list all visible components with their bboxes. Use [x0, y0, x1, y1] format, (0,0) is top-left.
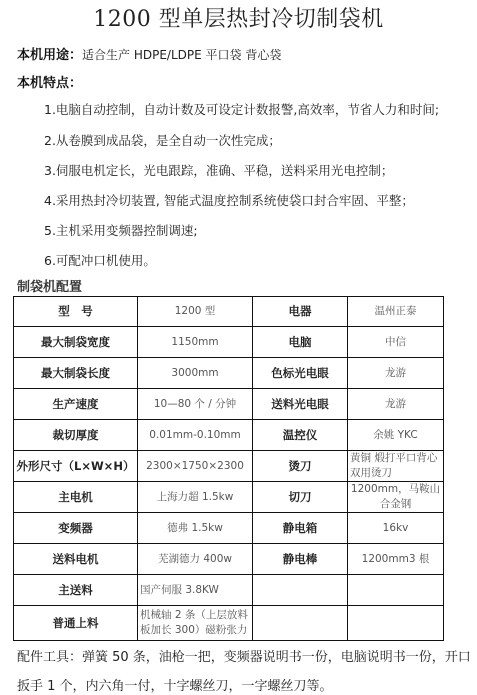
table-row: 型 号 1200 型 电器 温州正泰	[14, 297, 444, 327]
spec-value: 1150mm	[138, 327, 253, 358]
spec-key: 电器	[253, 297, 348, 327]
spec-key: 送料光电眼	[253, 389, 348, 420]
spec-value: 芜湖德力 400w	[138, 544, 253, 575]
spec-value: 龙游	[348, 389, 444, 420]
spec-value: 德弗 1.5kw	[138, 513, 253, 544]
spec-value: 龙游	[348, 358, 444, 389]
spec-key: 生产速度	[14, 389, 138, 420]
table-row: 最大制袋长度 3000mm 色标光电眼 龙游	[14, 358, 444, 389]
spec-value-empty	[348, 575, 444, 606]
spec-value: 国产伺服 3.8KW	[138, 575, 253, 606]
spec-key: 色标光电眼	[253, 358, 348, 389]
table-row: 变频器 德弗 1.5kw 静电箱 16kv	[14, 513, 444, 544]
spec-value: 2300×1750×2300	[138, 451, 253, 482]
feature-item: 5.主机采用变频器控制调速;	[44, 221, 198, 239]
spec-value: 16kv	[348, 513, 444, 544]
feature-item: 2.从卷膜到成品袋，是全自动一次性完成；	[44, 131, 281, 149]
spec-value: 3000mm	[138, 358, 253, 389]
spec-value: 1200mm，马鞍山合金钢	[348, 482, 444, 513]
accessories-line-1: 配件工具：弹簧 50 条，油枪一把，变频器说明书一份，电脑说明书一份，开口	[17, 646, 471, 665]
spec-key: 主送料	[14, 575, 138, 606]
spec-key: 静电棒	[253, 544, 348, 575]
table-row: 主送料 国产伺服 3.8KW	[14, 575, 444, 606]
feature-item: 6.可配冲口机使用。	[44, 251, 156, 269]
spec-value: 1200mm3 根	[348, 544, 444, 575]
usage-value: 适合生产 HDPE/LDPE 平口袋 背心袋	[82, 48, 281, 62]
spec-value: 上海力超 1.5kw	[138, 482, 253, 513]
table-row: 裁切厚度 0.01mm-0.10mm 温控仪 余姚 YKC	[14, 420, 444, 451]
spec-value: 黄铜 煅打平口背心双用烫刀	[348, 451, 444, 482]
spec-value: 余姚 YKC	[348, 420, 444, 451]
spec-key: 最大制袋长度	[14, 358, 138, 389]
page-title: 1200 型单层热封冷切制袋机	[0, 2, 477, 33]
spec-key: 裁切厚度	[14, 420, 138, 451]
features-label: 本机特点：	[17, 72, 82, 91]
spec-key: 送料电机	[14, 544, 138, 575]
table-row: 生产速度 10—80 个 / 分钟 送料光电眼 龙游	[14, 389, 444, 420]
table-row: 外形尺寸（L×W×H） 2300×1750×2300 烫刀 黄铜 煅打平口背心双…	[14, 451, 444, 482]
spec-key: 烫刀	[253, 451, 348, 482]
spec-key: 温控仪	[253, 420, 348, 451]
accessories-line-2: 扳手 1 个，内六角一付，十字螺丝刀，一字螺丝刀等。	[17, 675, 333, 694]
spec-value-empty	[348, 606, 444, 641]
table-row: 送料电机 芜湖德力 400w 静电棒 1200mm3 根	[14, 544, 444, 575]
usage-line: 本机用途：适合生产 HDPE/LDPE 平口袋 背心袋	[17, 44, 281, 63]
spec-key: 电脑	[253, 327, 348, 358]
spec-value: 1200 型	[138, 297, 253, 327]
table-row: 普通上料 机械轴 2 条（上层放料板加长 300）磁粉张力	[14, 606, 444, 641]
feature-item: 4.采用热封冷切装置, 智能式温度控制系统使袋口封合牢固、平整；	[44, 191, 414, 209]
table-row: 主电机 上海力超 1.5kw 切刀 1200mm，马鞍山合金钢	[14, 482, 444, 513]
spec-key: 变频器	[14, 513, 138, 544]
spec-key: 型 号	[14, 297, 138, 327]
spec-key: 外形尺寸（L×W×H）	[14, 451, 138, 482]
spec-key-empty	[253, 575, 348, 606]
feature-item: 1.电脑自动控制，自动计数及可设定计数报警,高效率，节省人力和时间;	[44, 100, 439, 118]
spec-key: 静电箱	[253, 513, 348, 544]
spec-value: 机械轴 2 条（上层放料板加长 300）磁粉张力	[138, 606, 253, 641]
spec-key: 主电机	[14, 482, 138, 513]
config-heading: 制袋机配置	[17, 276, 82, 295]
spec-value: 0.01mm-0.10mm	[138, 420, 253, 451]
spec-key: 最大制袋宽度	[14, 327, 138, 358]
config-table: 型 号 1200 型 电器 温州正泰 最大制袋宽度 1150mm 电脑 中信 最…	[13, 296, 444, 641]
spec-key: 切刀	[253, 482, 348, 513]
feature-item: 3.伺服电机定长，光电跟踪，准确、平稳，送料采用光电控制；	[44, 161, 393, 179]
spec-value: 10—80 个 / 分钟	[138, 389, 253, 420]
usage-label: 本机用途：	[17, 48, 82, 63]
spec-value: 中信	[348, 327, 444, 358]
spec-value: 温州正泰	[348, 297, 444, 327]
table-row: 最大制袋宽度 1150mm 电脑 中信	[14, 327, 444, 358]
spec-key-empty	[253, 606, 348, 641]
spec-key: 普通上料	[14, 606, 138, 641]
